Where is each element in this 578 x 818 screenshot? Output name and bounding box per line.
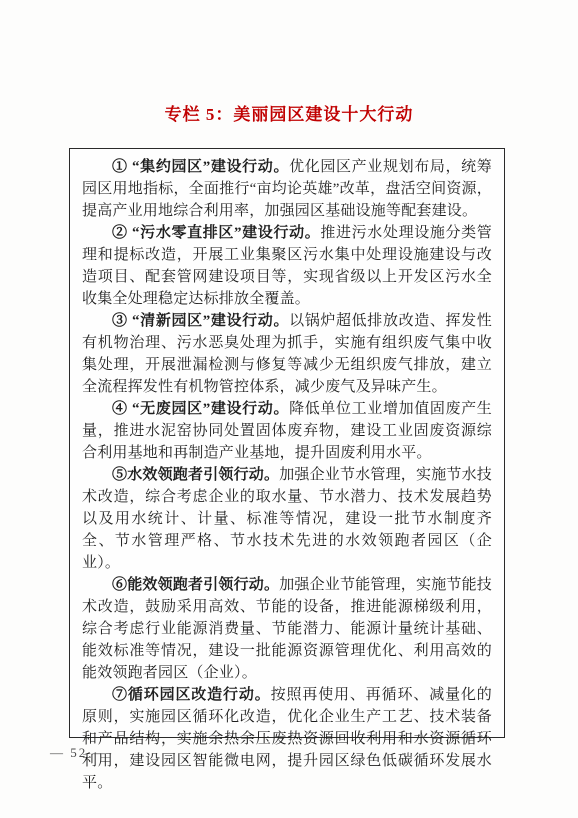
box-paragraph: ⑤水效领跑者引领行动。加强企业节水管理，实施节水技术改造，综合考虑企业的取水量、…: [82, 464, 492, 574]
paragraph-lead: ① “集约园区”建设行动。: [112, 159, 289, 175]
box-paragraph: ④ “无废园区”建设行动。降低单位工业增加值固废产生量，推进水泥窑协同处置固体废…: [82, 398, 492, 464]
page-title: 专栏 5：美丽园区建设十大行动: [0, 100, 578, 125]
box-paragraph: ⑦循环园区改造行动。按照再使用、再循环、减量化的原则，实施园区循环化改造，优化企…: [82, 684, 492, 794]
box-paragraph: ① “集约园区”建设行动。优化园区产业规划布局，统筹园区用地指标，全面推行“亩均…: [82, 156, 492, 222]
document-page: 专栏 5：美丽园区建设十大行动 ① “集约园区”建设行动。优化园区产业规划布局，…: [0, 0, 578, 818]
box-paragraph: ② “污水零直排区”建设行动。推进污水处理设施分类管理和提标改造，开展工业集聚区…: [82, 222, 492, 310]
paragraph-lead: ⑥能效领跑者引领行动。: [112, 577, 279, 593]
page-number: — 52 —: [50, 745, 108, 761]
paragraph-lead: ③ “清新园区”建设行动。: [112, 313, 289, 329]
column-box: ① “集约园区”建设行动。优化园区产业规划布局，统筹园区用地指标，全面推行“亩均…: [69, 148, 505, 738]
paragraph-lead: ⑤水效领跑者引领行动。: [112, 467, 279, 483]
paragraph-lead: ⑦循环园区改造行动。: [112, 687, 271, 703]
paragraph-lead: ④ “无废园区”建设行动。: [112, 401, 289, 417]
box-paragraph: ③ “清新园区”建设行动。以锅炉超低排放改造、挥发性有机物治理、污水恶臭处理为抓…: [82, 310, 492, 398]
paragraph-lead: ② “污水零直排区”建设行动。: [112, 225, 320, 241]
box-paragraph: ⑥能效领跑者引领行动。加强企业节能管理，实施节能技术改造，鼓励采用高效、节能的设…: [82, 574, 492, 684]
